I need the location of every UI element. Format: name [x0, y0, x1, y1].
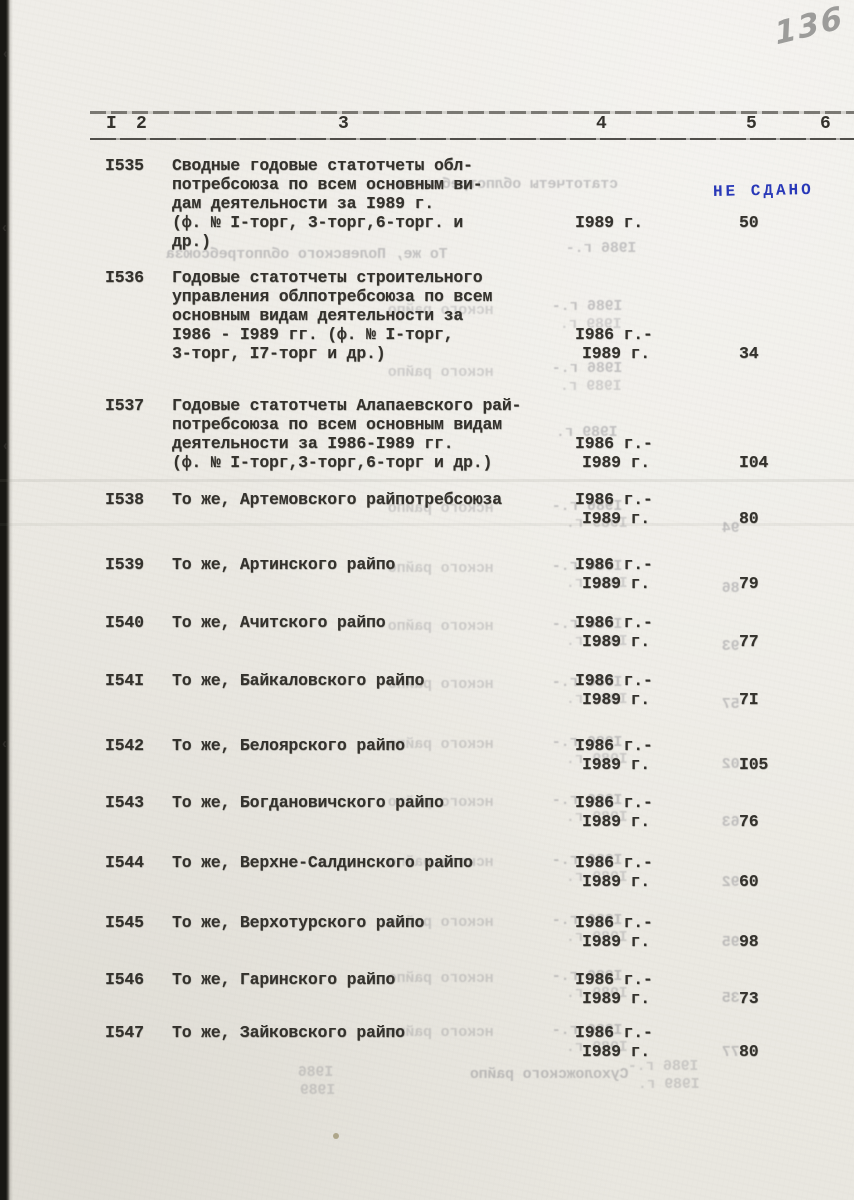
ghost-text: I986 [298, 1064, 333, 1081]
description-line: То же, Гаринского райпо [172, 970, 575, 989]
description-line: (ф. № I-торг, 3-торг,6-торг. и [172, 213, 575, 232]
description-line: др.) [172, 232, 575, 251]
description-line: То же, Байкаловского райпо [172, 671, 575, 690]
entry-number: I538 [105, 490, 172, 509]
date-line: I986 г.- [575, 970, 723, 989]
table-rule-top [90, 111, 854, 114]
date-line: I986 г.- [575, 490, 723, 509]
entry-description: То же, Верхотурского райпо [172, 913, 575, 932]
description-line: То же, Зайковского райпо [172, 1023, 575, 1042]
entry-dates: I986 г.-I989 г. [575, 325, 723, 363]
table-row: I543 То же, Богдановичского райпо I986 г… [105, 793, 854, 831]
entry-dates: I986 г.-I989 г. [575, 555, 723, 593]
entry-dates: I986 г.-I989 г. [575, 434, 723, 472]
entry-description: То же, Артинского райпо [172, 555, 575, 574]
entry-count: 60 [723, 872, 823, 891]
date-line: I989 г. [582, 1042, 723, 1061]
column-header-4: 4 [596, 114, 607, 134]
entry-number: I547 [105, 1023, 172, 1042]
description-line: То же, Верхотурского райпо [172, 913, 575, 932]
inventory-entries: I535 Сводные годовые статотчеты обл-потр… [0, 156, 854, 1061]
entry-description: То же, Зайковского райпо [172, 1023, 575, 1042]
entry-number: I54I [105, 671, 172, 690]
entry-count: 34 [723, 344, 823, 363]
date-line: I986 г.- [575, 434, 723, 453]
table-row: I547 То же, Зайковского райпо I986 г.-I9… [105, 1023, 854, 1061]
date-line: I989 г. [575, 213, 723, 232]
entry-count: I04 [723, 453, 823, 472]
date-line: I986 г.- [575, 325, 723, 344]
entry-description: То же, Гаринского райпо [172, 970, 575, 989]
entry-dates: I986 г.-I989 г. [575, 671, 723, 709]
entry-count: 98 [723, 932, 823, 951]
handwritten-page-number: 136 [773, 0, 847, 52]
table-rule-bottom [90, 138, 854, 140]
table-row: I539 То же, Артинского райпо I986 г.-I98… [105, 555, 854, 593]
description-line: потребсоюза по всем основным ви- [172, 175, 575, 194]
entry-count: 50 [723, 213, 823, 232]
date-line: I989 г. [582, 344, 723, 363]
entry-description: То же, Белоярского райпо [172, 736, 575, 755]
date-line: I989 г. [582, 989, 723, 1008]
date-line: I986 г.- [575, 671, 723, 690]
description-line: Годовые статотчеты строительного [172, 268, 575, 287]
column-header-1: I [106, 114, 117, 134]
entry-description: То же, Байкаловского райпо [172, 671, 575, 690]
entry-number: I542 [105, 736, 172, 755]
entry-count: 79 [723, 574, 823, 593]
date-line: I989 г. [582, 872, 723, 891]
entry-number: I540 [105, 613, 172, 632]
entry-count: 76 [723, 812, 823, 831]
entry-count: 73 [723, 989, 823, 1008]
ne-sdano-stamp: НЕ СДАНО [713, 181, 814, 202]
entry-dates: I989 г. [575, 213, 723, 232]
date-line: I989 г. [582, 453, 723, 472]
description-line: I986 - I989 гг. (ф. № I-торг, [172, 325, 575, 344]
paper-speck [333, 1133, 339, 1139]
entry-number: I539 [105, 555, 172, 574]
entry-count: 7I [723, 690, 823, 709]
table-row: I545 То же, Верхотурского райпо I986 г.-… [105, 913, 854, 951]
date-line: I989 г. [582, 632, 723, 651]
description-line: дам деятельности за I989 г. [172, 194, 575, 213]
description-line: управления облпотребсоюза по всем [172, 287, 575, 306]
description-line: То же, Артемовского райпотребсоюза [172, 490, 575, 509]
entry-description: То же, Верхне-Салдинского райпо [172, 853, 575, 872]
ghost-text: I989 г. [638, 1076, 700, 1093]
entry-description: То же, Артемовского райпотребсоюза [172, 490, 575, 509]
entry-number: I544 [105, 853, 172, 872]
description-line: 3-торг, I7-торг и др.) [172, 344, 575, 363]
entry-dates: I986 г.-I989 г. [575, 1023, 723, 1061]
entry-description: Годовые статотчеты Алапаевского рай-потр… [172, 396, 575, 472]
column-header-5: 5 [746, 114, 757, 134]
description-line: То же, Ачитского райпо [172, 613, 575, 632]
entry-number: I537 [105, 396, 172, 415]
table-row: I54I То же, Байкаловского райпо I986 г.-… [105, 671, 854, 709]
entry-dates: I986 г.-I989 г. [575, 793, 723, 831]
description-line: То же, Богдановичского райпо [172, 793, 575, 812]
ghost-text: Сухоложского райпо [470, 1066, 628, 1083]
table-row: I544 То же, Верхне-Салдинского райпо I98… [105, 853, 854, 891]
description-line: Сводные годовые статотчеты обл- [172, 156, 575, 175]
edge-mark: ‹ [1, 46, 10, 63]
entry-dates: I986 г.-I989 г. [575, 853, 723, 891]
date-line: I989 г. [582, 509, 723, 528]
description-line: Годовые статотчеты Алапаевского рай- [172, 396, 575, 415]
table-row: I538 То же, Артемовского райпотребсоюза … [105, 490, 854, 528]
entry-number: I535 [105, 156, 172, 175]
entry-count: 80 [723, 509, 823, 528]
date-line: I986 г.- [575, 613, 723, 632]
entry-description: Сводные годовые статотчеты обл-потребсою… [172, 156, 575, 251]
date-line: I989 г. [582, 690, 723, 709]
date-line: I989 г. [582, 812, 723, 831]
date-line: I986 г.- [575, 913, 723, 932]
date-line: I989 г. [582, 755, 723, 774]
entry-number: I545 [105, 913, 172, 932]
column-header-2: 2 [136, 114, 147, 134]
entry-dates: I986 г.-I989 г. [575, 613, 723, 651]
column-header-6: 6 [820, 114, 831, 134]
description-line: То же, Артинского райпо [172, 555, 575, 574]
entry-description: То же, Богдановичского райпо [172, 793, 575, 812]
entry-dates: I986 г.-I989 г. [575, 970, 723, 1008]
description-line: То же, Белоярского райпо [172, 736, 575, 755]
entry-description: Годовые статотчеты строительногоуправлен… [172, 268, 575, 363]
description-line: То же, Верхне-Салдинского райпо [172, 853, 575, 872]
entry-description: То же, Ачитского райпо [172, 613, 575, 632]
date-line: I986 г.- [575, 853, 723, 872]
table-row: I535 Сводные годовые статотчеты обл-потр… [105, 156, 854, 251]
column-header-3: 3 [338, 114, 349, 134]
date-line: I986 г.- [575, 1023, 723, 1042]
date-line: I989 г. [582, 932, 723, 951]
date-line: I986 г.- [575, 793, 723, 812]
entry-dates: I986 г.-I989 г. [575, 736, 723, 774]
entry-count: 77 [723, 632, 823, 651]
ghost-text: I989 [300, 1082, 335, 1099]
description-line: основным видам деятельности за [172, 306, 575, 325]
date-line: I986 г.- [575, 736, 723, 755]
description-line: деятельности за I986-I989 гг. [172, 434, 575, 453]
table-row: I540 То же, Ачитского райпо I986 г.-I989… [105, 613, 854, 651]
entry-count: 80 [723, 1042, 823, 1061]
description-line: потребсоюза по всем основным видам [172, 415, 575, 434]
entry-dates: I986 г.-I989 г. [575, 913, 723, 951]
entry-dates: I986 г.-I989 г. [575, 490, 723, 528]
table-row: I546 То же, Гаринского райпо I986 г.-I98… [105, 970, 854, 1008]
description-line: (ф. № I-торг,3-торг,6-торг и др.) [172, 453, 575, 472]
date-line: I989 г. [582, 574, 723, 593]
entry-number: I536 [105, 268, 172, 287]
date-line: I986 г.- [575, 555, 723, 574]
entry-count: I05 [723, 755, 823, 774]
table-row: I537 Годовые статотчеты Алапаевского рай… [105, 396, 854, 472]
entry-number: I543 [105, 793, 172, 812]
table-row: I542 То же, Белоярского райпо I986 г.-I9… [105, 736, 854, 774]
entry-number: I546 [105, 970, 172, 989]
table-row: I536 Годовые статотчеты строительногоупр… [105, 268, 854, 363]
